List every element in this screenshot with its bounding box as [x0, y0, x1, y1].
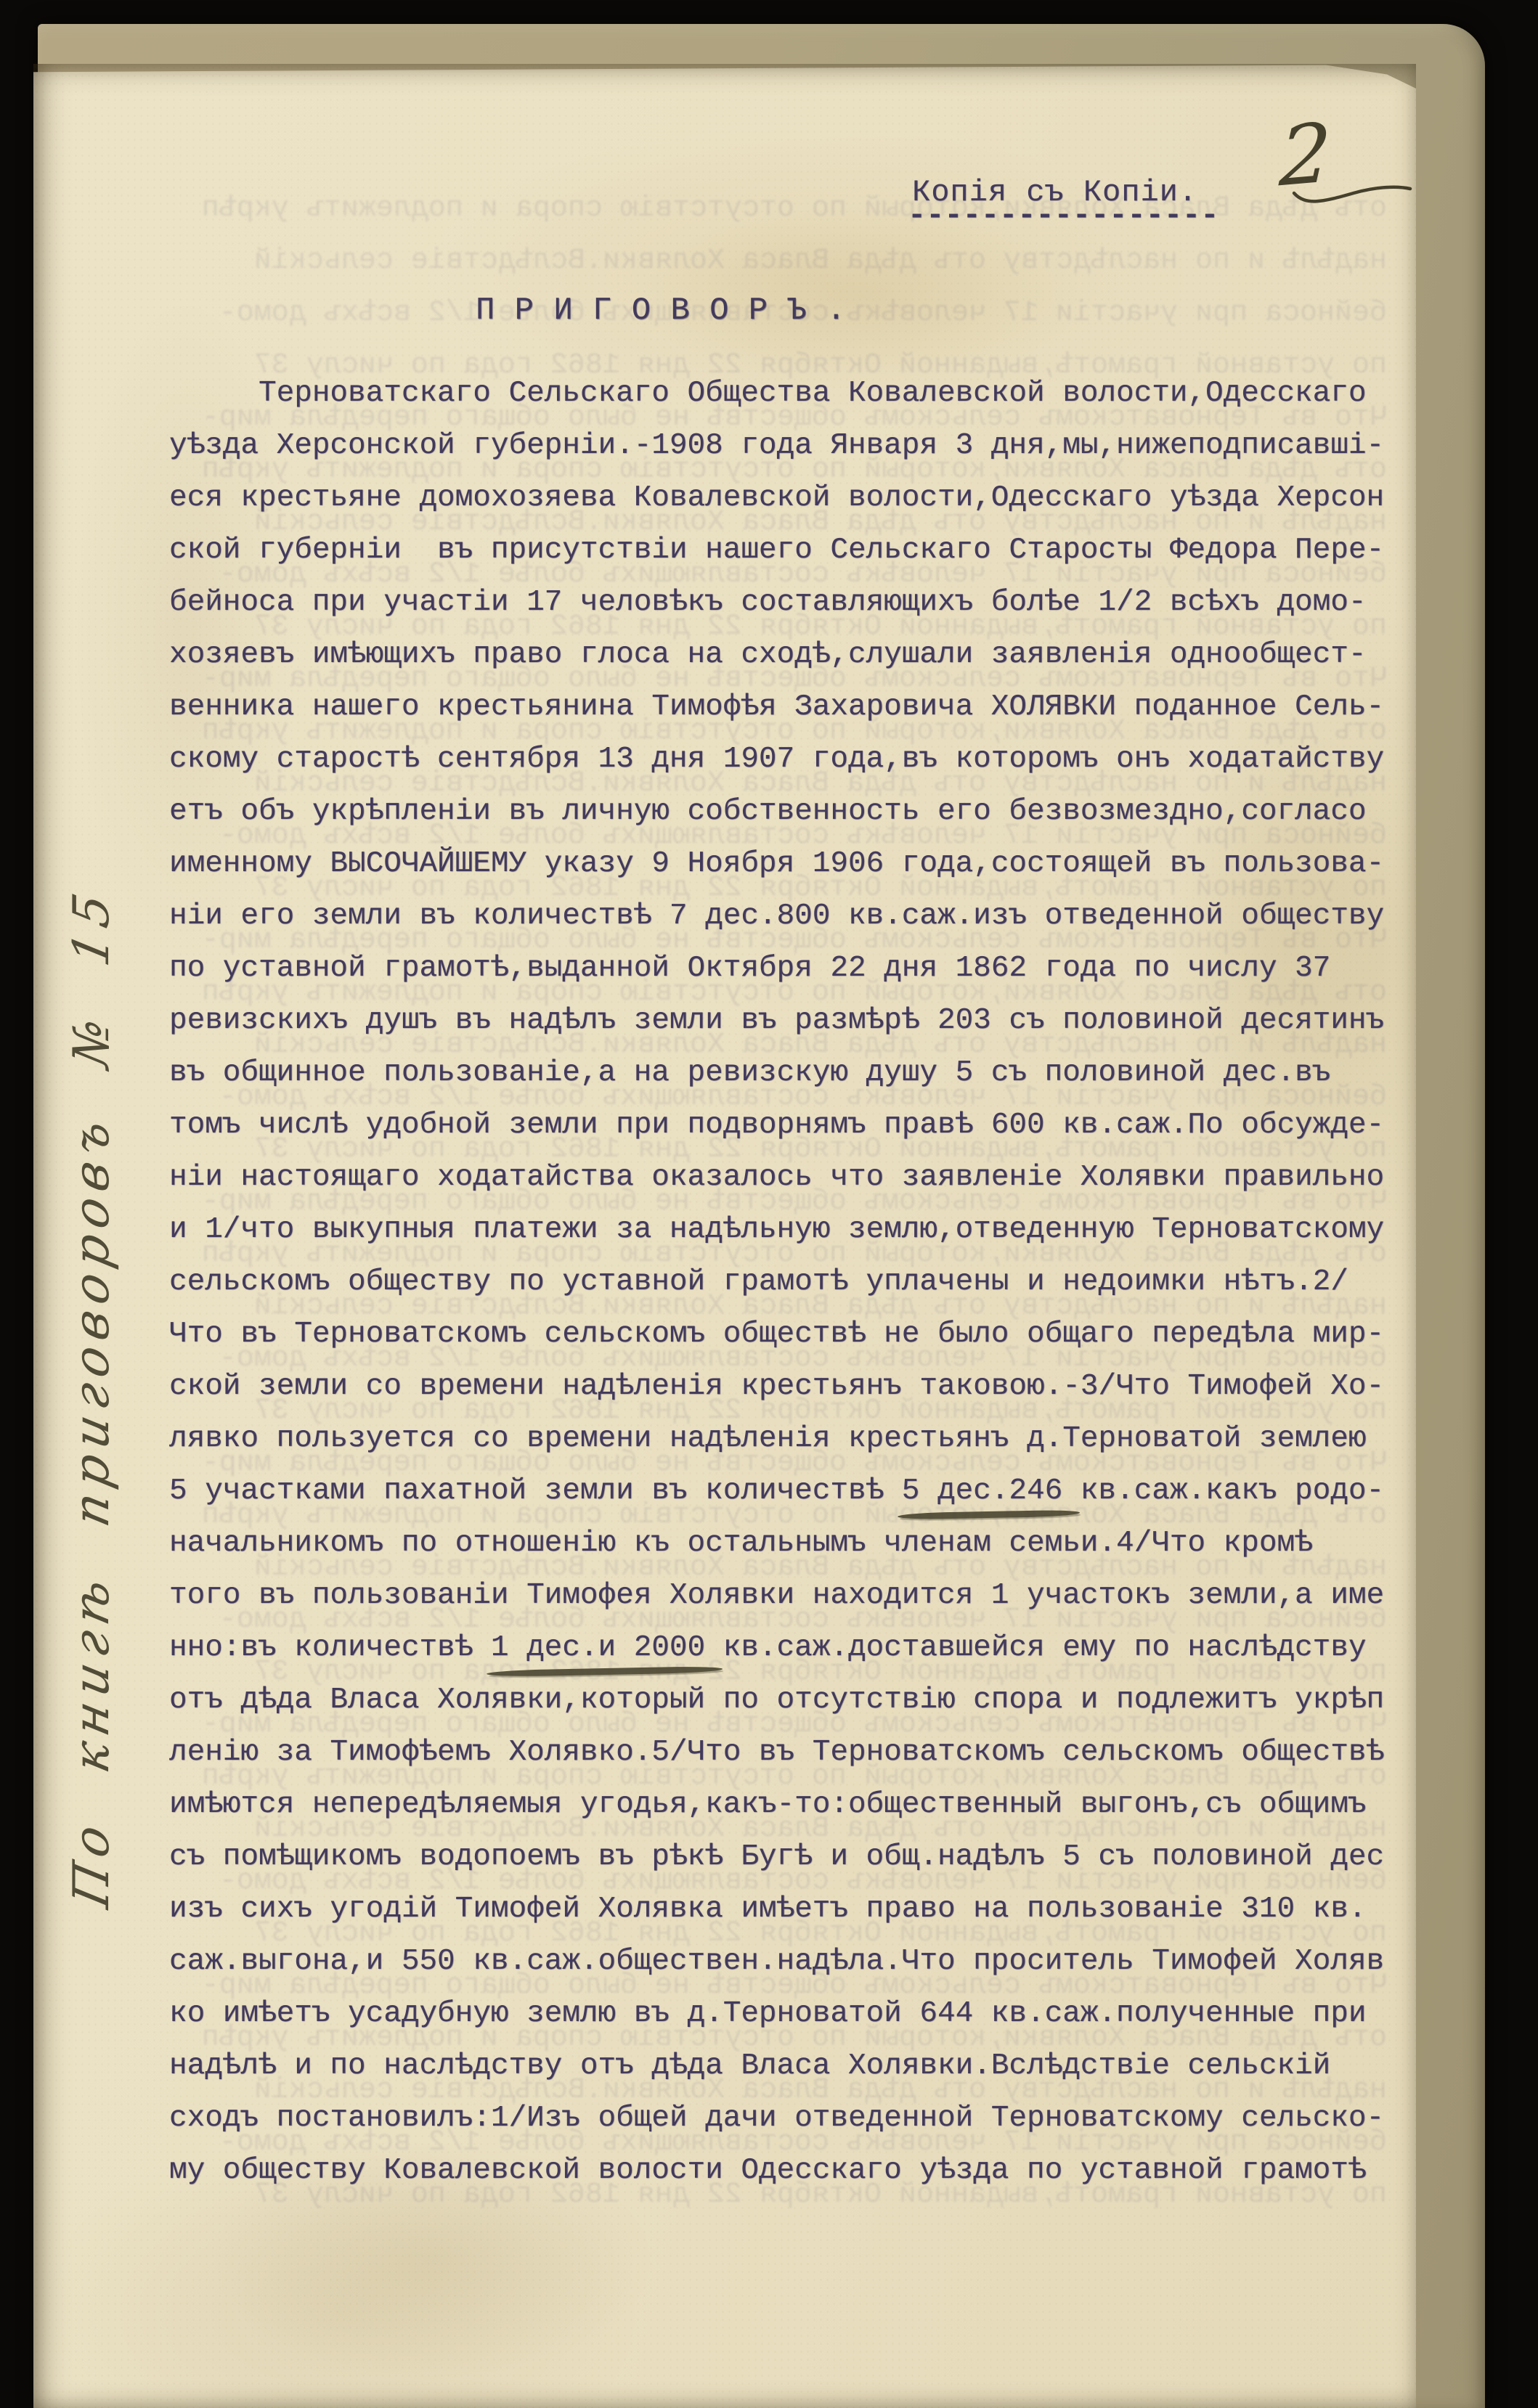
pen-stroke-tail	[1291, 168, 1415, 212]
document-line: имѣются непередѣляемыя угодья,какъ-то:об…	[169, 1779, 1366, 1831]
document-line: Терноватскаго Сельскаго Общества Ковалев…	[169, 367, 1366, 420]
document-line: хозяевъ имѣющихъ право глоса на сходѣ,сл…	[169, 629, 1366, 681]
document-line: съ помѣщикомъ водопоемъ въ рѣкѣ Бугѣ и о…	[169, 1831, 1384, 1883]
document-line: 5 участками пахатной земли въ количествѣ…	[169, 1465, 1384, 1517]
document-line: еся крестьяне домохозяева Ковалевской во…	[169, 472, 1384, 524]
archival-scan: отъ дѣда Власа Холявки,который по отсутс…	[0, 0, 1538, 2408]
document-line: Что въ Терноватскомъ сельскомъ обществѣ …	[169, 1308, 1384, 1360]
document-line: начальникомъ по отношенію къ остальнымъ …	[169, 1517, 1313, 1570]
document-line: ленію за Тимофѣемъ Холявко.5/Что въ Терн…	[169, 1726, 1384, 1779]
document-line: етъ объ укрѣпленіи въ личную собственнос…	[169, 785, 1366, 838]
document-line: ніи его земли въ количествѣ 7 дес.800 кв…	[169, 890, 1384, 942]
document-line: ревизскихъ душъ въ надѣлъ земли въ размѣ…	[169, 995, 1384, 1047]
document-line: именному ВЫСОЧАЙШЕМУ указу 9 Ноября 1906…	[169, 838, 1384, 890]
document-line: въ общинное пользованіе,а на ревизскую д…	[169, 1047, 1330, 1099]
document-line: ко имѣетъ усадубную землю въ д.Терновато…	[169, 1988, 1366, 2040]
document-line: ніи настоящаго ходатайства оказалось что…	[169, 1151, 1384, 1204]
document-line: му обществу Ковалевской волости Одесскаг…	[169, 2144, 1366, 2197]
document-line: сельскомъ обществу по уставной грамотѣ у…	[169, 1256, 1348, 1308]
copy-header-underline: -----------------	[908, 197, 1218, 234]
margin-note: По книгѣ приговоровъ № 15	[64, 779, 121, 1913]
document-line: того въ пользованіи Тимофея Холявки нахо…	[169, 1570, 1384, 1622]
document-line: надѣлѣ и по наслѣдству отъ дѣда Власа Хо…	[169, 2040, 1330, 2092]
document-line: скому старостѣ сентября 13 дня 1907 года…	[169, 733, 1384, 785]
document-line: нно:въ количествѣ 1 дес.и 2000 кв.саж.до…	[169, 1622, 1366, 1674]
document-line: томъ числѣ удобной земли при подворнямъ …	[169, 1099, 1384, 1151]
document-line: бейноса при участіи 17 человѣкъ составля…	[169, 576, 1366, 629]
document-line: ской земли со времени надѣленія крестьян…	[169, 1360, 1384, 1413]
document-line: по уставной грамотѣ,выданной Октября 22 …	[169, 942, 1330, 995]
document-line: и 1/что выкупныя платежи за надѣльную зе…	[169, 1204, 1384, 1256]
document-line: ской губерніи въ присутствіи нашего Сель…	[169, 524, 1384, 576]
document-line: лявко пользуется со времени надѣленія кр…	[169, 1413, 1366, 1465]
document-line: отъ дѣда Власа Холявки,который по отсутс…	[169, 1674, 1384, 1726]
document-title: ПРИГОВОРЪ.	[476, 292, 866, 330]
document-line: саж.выгона,и 550 кв.саж.обществен.надѣла…	[169, 1935, 1384, 1988]
bleed-through-line: надѣлѣ и по наслѣдству отъ дѣда Власа Хо…	[109, 235, 1387, 287]
document-line: венника нашего крестьянина Тимофѣя Захар…	[169, 681, 1384, 733]
document-line: сходъ постановилъ:1/Изъ общей дачи отвед…	[169, 2092, 1384, 2144]
document-line: уѣзда Херсонской губерніи.-1908 года Янв…	[169, 420, 1384, 472]
document-line: изъ сихъ угодій Тимофей Холявка имѣетъ п…	[169, 1883, 1366, 1935]
